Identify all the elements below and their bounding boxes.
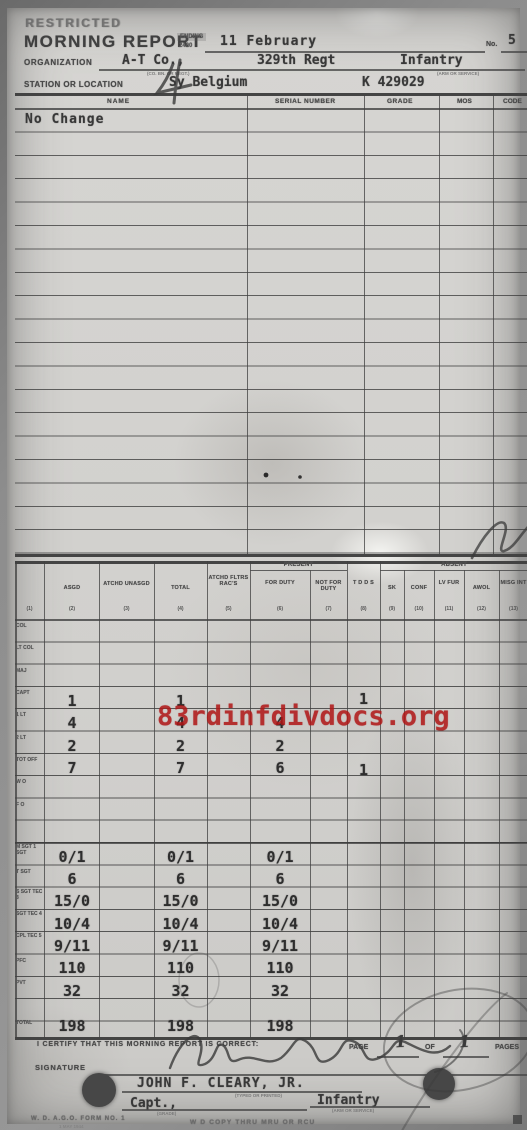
station-value: Sy Belgium — [169, 75, 247, 90]
row-label: F O — [16, 803, 44, 809]
strength-value-total: 15/0 — [154, 894, 207, 909]
report-number: 5 — [508, 33, 516, 48]
strength-col-line — [404, 570, 405, 1038]
strength-value-total: 110 — [154, 961, 207, 976]
strength-value-asgd: 15/0 — [45, 894, 99, 909]
col-number: (1) — [15, 607, 44, 612]
col-number: (11) — [434, 607, 464, 612]
name-table-divider — [493, 95, 494, 554]
organization-arm: Infantry — [400, 53, 463, 68]
col-header-td-ds: T D D S — [347, 580, 380, 586]
col-header-conf: CONF — [404, 585, 434, 591]
col-number: (12) — [464, 607, 499, 612]
col-number: (5) — [207, 607, 250, 612]
strength-value-asgd: 2 — [45, 739, 99, 754]
absent-group-rule — [380, 570, 527, 571]
name-table-ruled-rows — [15, 109, 527, 555]
col-number: (3) — [99, 607, 154, 612]
strength-value-for-duty: 2 — [250, 739, 310, 754]
name-table-top-rule — [15, 93, 527, 96]
strength-value-asgd: 9/11 — [45, 939, 99, 954]
row-label: M SGT 1 SGT — [16, 845, 44, 857]
strength-value-asgd: 6 — [45, 872, 99, 887]
strength-value-total: 7 — [154, 761, 207, 776]
page-underline — [377, 1056, 419, 1058]
name-sublabel: (TYPED OR PRINTED) — [235, 1094, 282, 1099]
col-header-atchd: ATCHD UNASGD — [99, 581, 154, 587]
strength-value-asgd: 198 — [45, 1019, 99, 1034]
row-label: TOT OFF — [16, 758, 44, 764]
grade-sublabel: (GRADE) — [157, 1112, 176, 1117]
of-label: OF — [425, 1044, 435, 1051]
strength-col-line — [207, 561, 208, 1038]
strength-value-asgd: 110 — [45, 961, 99, 976]
row-label: LT COL — [16, 646, 44, 652]
col-number: (6) — [250, 607, 310, 612]
pages-label: PAGES — [495, 1044, 519, 1051]
form-number: W. D. A.G.O. FORM NO. 1 — [31, 1116, 125, 1122]
organization-label: ORGANIZATION — [24, 58, 92, 67]
strength-col-line — [464, 570, 465, 1038]
column-header-name: NAME — [107, 98, 130, 105]
col-number: (9) — [380, 607, 404, 612]
routing-note: W D COPY THRU MRU OR RCU — [190, 1119, 315, 1126]
station-label: STATION OR LOCATION — [24, 80, 123, 89]
pages-number: 1 — [458, 1034, 470, 1051]
row-label: PVT — [16, 981, 44, 987]
grade-underline — [122, 1109, 307, 1111]
morning-report-page: RESTRICTED MORNING REPORT ENDING 2400 11… — [7, 8, 520, 1124]
absent-group-header: ABSENT — [380, 562, 527, 569]
strength-value-asgd: 32 — [45, 984, 99, 999]
row-label: COL — [16, 624, 44, 630]
strength-col-line — [434, 570, 435, 1038]
strength-col-line — [310, 570, 311, 1038]
col-header-awol: AWOL — [464, 585, 499, 591]
col-header-asgd: ASGD — [45, 585, 99, 591]
col-number: (7) — [310, 607, 347, 612]
strength-value-asgd: 1 — [45, 694, 99, 709]
strength-value-total: 2 — [154, 739, 207, 754]
col-header-total: TOTAL — [154, 585, 207, 591]
strength-value-total: 32 — [154, 984, 207, 999]
strength-value-asgd: 7 — [45, 761, 99, 776]
organization-regiment: 329th Regt — [257, 53, 335, 68]
col-header-lv-fur: LV FUR — [434, 580, 464, 586]
col-number: (8) — [347, 607, 380, 612]
restricted-stamp: RESTRICTED — [25, 16, 122, 30]
col-number: (2) — [45, 607, 99, 612]
strength-col-line — [499, 570, 500, 1038]
pages-underline — [443, 1056, 489, 1058]
column-header-grade: GRADE — [387, 98, 413, 105]
ending-value: 2400 — [179, 43, 192, 49]
station-coordinates: K 429029 — [362, 75, 425, 90]
strength-value-total: 10/4 — [154, 917, 207, 932]
ending-label: ENDING — [177, 33, 206, 41]
scan-corner-mark — [513, 1115, 522, 1124]
present-group-rule — [250, 570, 347, 571]
col-header-misg: MISG INT — [499, 580, 527, 586]
certify-statement: I CERTIFY THAT THIS MORNING REPORT IS CO… — [37, 1041, 259, 1048]
no-label: No. — [486, 41, 497, 48]
strength-value-asgd: 4 — [45, 716, 99, 731]
page-title: MORNING REPORT — [24, 32, 203, 52]
col-number: (10) — [404, 607, 434, 612]
signature-label: SIGNATURE — [35, 1063, 86, 1072]
row-label: PFC — [16, 959, 44, 965]
col-header-not-for-duty: NOT FOR DUTY — [310, 580, 347, 592]
strength-value-asgd: 10/4 — [45, 917, 99, 932]
strength-value-for-duty: 9/11 — [250, 939, 310, 954]
col-number: (13) — [499, 607, 527, 612]
strength-col-line — [347, 561, 348, 1038]
strength-value-total: 9/11 — [154, 939, 207, 954]
row-label: TOTAL — [16, 1021, 44, 1027]
name-entry-no-change: No Change — [25, 112, 104, 127]
row-label: W O — [16, 780, 44, 786]
column-header-mos: MOS — [457, 98, 472, 105]
arm-service-sublabel: (ARM OR SERVICE) — [332, 1109, 374, 1114]
present-group-header: PRESENT — [250, 562, 347, 569]
name-table-divider — [247, 95, 248, 554]
strength-value-for-duty: 6 — [250, 761, 310, 776]
strength-value-asgd: 0/1 — [45, 850, 99, 865]
strength-value-for-duty: 10/4 — [250, 917, 310, 932]
col-header-sk: SK — [380, 585, 404, 591]
name-table-divider — [364, 95, 365, 554]
strength-col-line — [99, 561, 100, 1038]
strength-value-total: 6 — [154, 872, 207, 887]
column-header-code: CODE — [503, 98, 522, 105]
arm-sublabel: (ARM OR SERVICE) — [437, 72, 479, 77]
punch-hole-right — [423, 1068, 455, 1100]
strength-col-line — [380, 561, 381, 1038]
row-label: T SGT — [16, 870, 44, 876]
strength-value-total: 0/1 — [154, 850, 207, 865]
row-label: 2 LT — [16, 736, 44, 742]
strength-col-line — [15, 561, 17, 1038]
strength-value-for-duty: 0/1 — [250, 850, 310, 865]
col-number: (4) — [154, 607, 207, 612]
row-label: MAJ — [16, 669, 44, 675]
row-label: SGT TEC 4 — [16, 912, 44, 918]
strength-value-total: 198 — [154, 1019, 207, 1034]
row-label: CAPT — [16, 691, 44, 697]
strength-value-for-duty: 6 — [250, 872, 310, 887]
report-date: 11 February — [220, 34, 317, 49]
organization-unit: A-T Co., — [122, 53, 185, 68]
scanned-photo: RESTRICTED MORNING REPORT ENDING 2400 11… — [0, 0, 527, 1130]
name-table-divider — [439, 95, 440, 554]
page-content: RESTRICTED MORNING REPORT ENDING 2400 11… — [7, 8, 520, 1124]
strength-value-for-duty: 32 — [250, 984, 310, 999]
col-header-for-duty: FOR DUTY — [250, 580, 310, 586]
col-header-atchd-fltrs: ATCHD FLTRS RAC'S — [207, 575, 250, 587]
signed-name-typed: JOHN F. CLEARY, JR. — [137, 1076, 305, 1091]
no-underline — [501, 51, 527, 53]
strength-value-for-duty: 198 — [250, 1019, 310, 1034]
row-label: S SGT TEC 3 — [16, 890, 44, 902]
strength-value-for-duty: 15/0 — [250, 894, 310, 909]
row-label: CPL TEC 5 — [16, 934, 44, 940]
form-date: 1 MAY 1944 — [59, 1125, 84, 1130]
column-header-serial: SERIAL NUMBER — [275, 98, 336, 105]
website-watermark: 83rdinfdivdocs.org — [157, 703, 450, 730]
punch-hole-left — [82, 1073, 116, 1107]
page-number: 1 — [394, 1034, 406, 1051]
page-label: PAGE — [349, 1044, 368, 1051]
row-label: 1 LT — [16, 713, 44, 719]
strength-value-td-ds: 1 — [347, 763, 380, 778]
strength-value-for-duty: 110 — [250, 961, 310, 976]
